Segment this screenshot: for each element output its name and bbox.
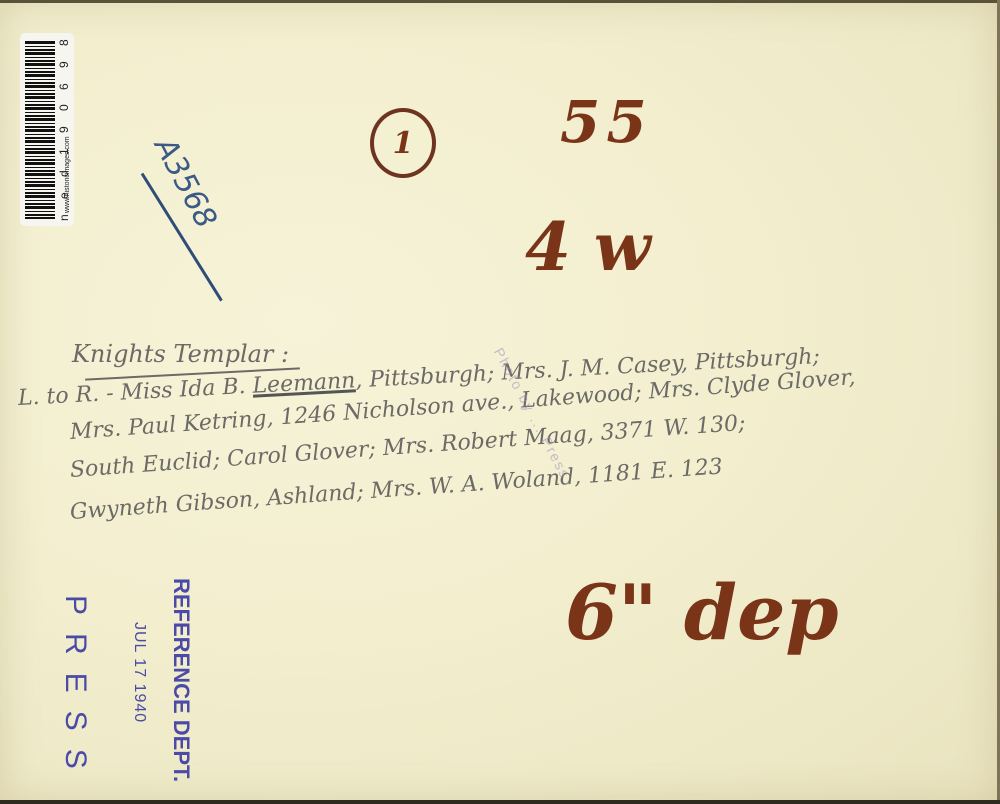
crayon-depth-mark: 6" dep	[565, 568, 839, 657]
barcode-digit: 6	[57, 83, 71, 90]
press-stamp: PRESS	[58, 595, 92, 787]
crayon-width-mark: 4 w	[525, 208, 651, 286]
barcode-icon	[25, 41, 55, 219]
barcode-url: www.historicimages.com	[64, 93, 71, 213]
barcode-digit: 9	[57, 61, 71, 68]
reference-dept-stamp: REFERENCE DEPT.	[168, 578, 194, 782]
barcode-digit: n	[57, 214, 71, 221]
date-stamp: JUL 17 1940	[130, 622, 148, 723]
barcode-digit: 8	[57, 39, 71, 46]
top-edge	[0, 0, 1000, 3]
bottom-edge	[0, 800, 1000, 804]
circled-number: 1	[370, 108, 436, 178]
barcode-label: n e d 1 9 0 6 9 8 www.historicimages.com	[20, 33, 74, 226]
crayon-size-mark: 55	[560, 88, 653, 156]
caption-heading: Knights Templar :	[72, 340, 289, 368]
circled-number-text: 1	[393, 126, 414, 161]
